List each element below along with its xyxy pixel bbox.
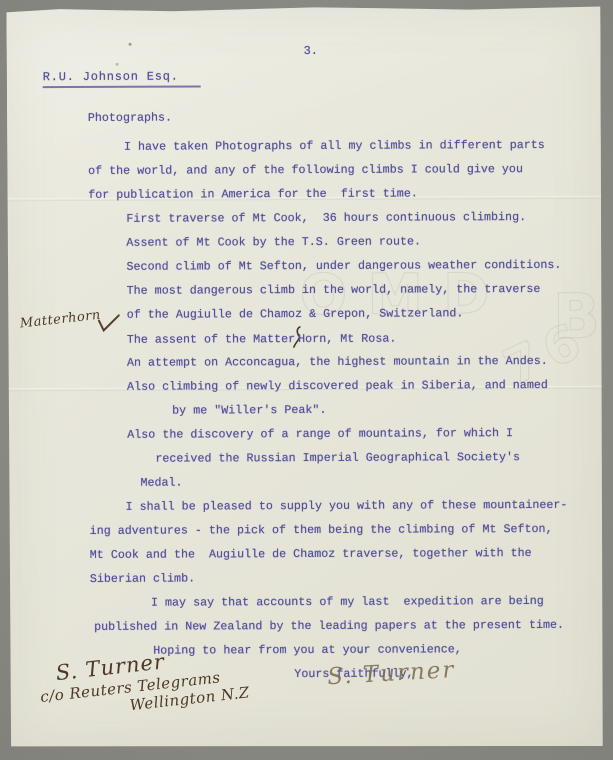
typed-text: The assent of the Matter <box>127 332 295 347</box>
typed-text: Horn, Mt Rosa. <box>298 332 396 346</box>
page-number: 3. <box>304 44 318 58</box>
typed-line: for publication in America for the first… <box>88 181 566 207</box>
checkmark-icon <box>96 311 120 340</box>
typed-line: by me "Willer's Peak". <box>89 397 567 423</box>
typed-line: Siberian climb. <box>90 565 568 591</box>
typed-line: I may say that accounts of my last exped… <box>90 589 568 615</box>
typed-line: received the Russian Imperial Geographic… <box>89 445 567 471</box>
typed-line: Assent of Mt Cook by the T.S. Green rout… <box>88 229 566 255</box>
letter-body: Photographs. I have taken Photographs of… <box>88 107 568 687</box>
paper-speck <box>129 43 132 46</box>
typed-line: First traverse of Mt Cook, 36 hours cont… <box>88 205 566 231</box>
letter-paper: OMD B 76 3. R.U. Johnson Esq. Photograph… <box>6 6 603 750</box>
typed-line: of the world, and any of the following c… <box>88 157 566 183</box>
paper-speck <box>116 63 119 66</box>
typed-line: I have taken Photographs of all my climb… <box>88 133 566 159</box>
handwritten-address-block: S. Turner c/o Reuters Telegrams Wellingt… <box>37 641 251 724</box>
typed-line: Also climbing of newly discovered peak i… <box>89 373 567 399</box>
typed-line-matterhorn: The assent of the MatterHorn, Mt Rosa. <box>89 325 567 351</box>
recipient-name: R.U. Johnson Esq. <box>43 69 201 88</box>
typed-line: Medal. <box>89 469 567 495</box>
typed-line: I shall be pleased to supply you with an… <box>90 493 568 519</box>
typed-line: Second climb of Mt Sefton, under dangero… <box>88 253 566 279</box>
scanned-letter-page: OMD B 76 3. R.U. Johnson Esq. Photograph… <box>0 0 613 760</box>
typed-line: Mt Cook and the Augiulle de Chamoz trave… <box>90 541 568 567</box>
typed-line: of the Augiulle de Chamoz & Grepon, Swit… <box>89 301 567 327</box>
typed-line: The most dangerous climb in the world, n… <box>89 277 567 303</box>
typed-line: ing adventures - the pick of them being … <box>90 517 568 543</box>
typed-line: An attempt on Acconcagua, the highest mo… <box>89 349 567 375</box>
typed-line: published in New Zealand by the leading … <box>90 613 568 639</box>
subject-line: Photographs. <box>88 107 566 135</box>
typed-line: Also the discovery of a range of mountai… <box>89 421 567 447</box>
